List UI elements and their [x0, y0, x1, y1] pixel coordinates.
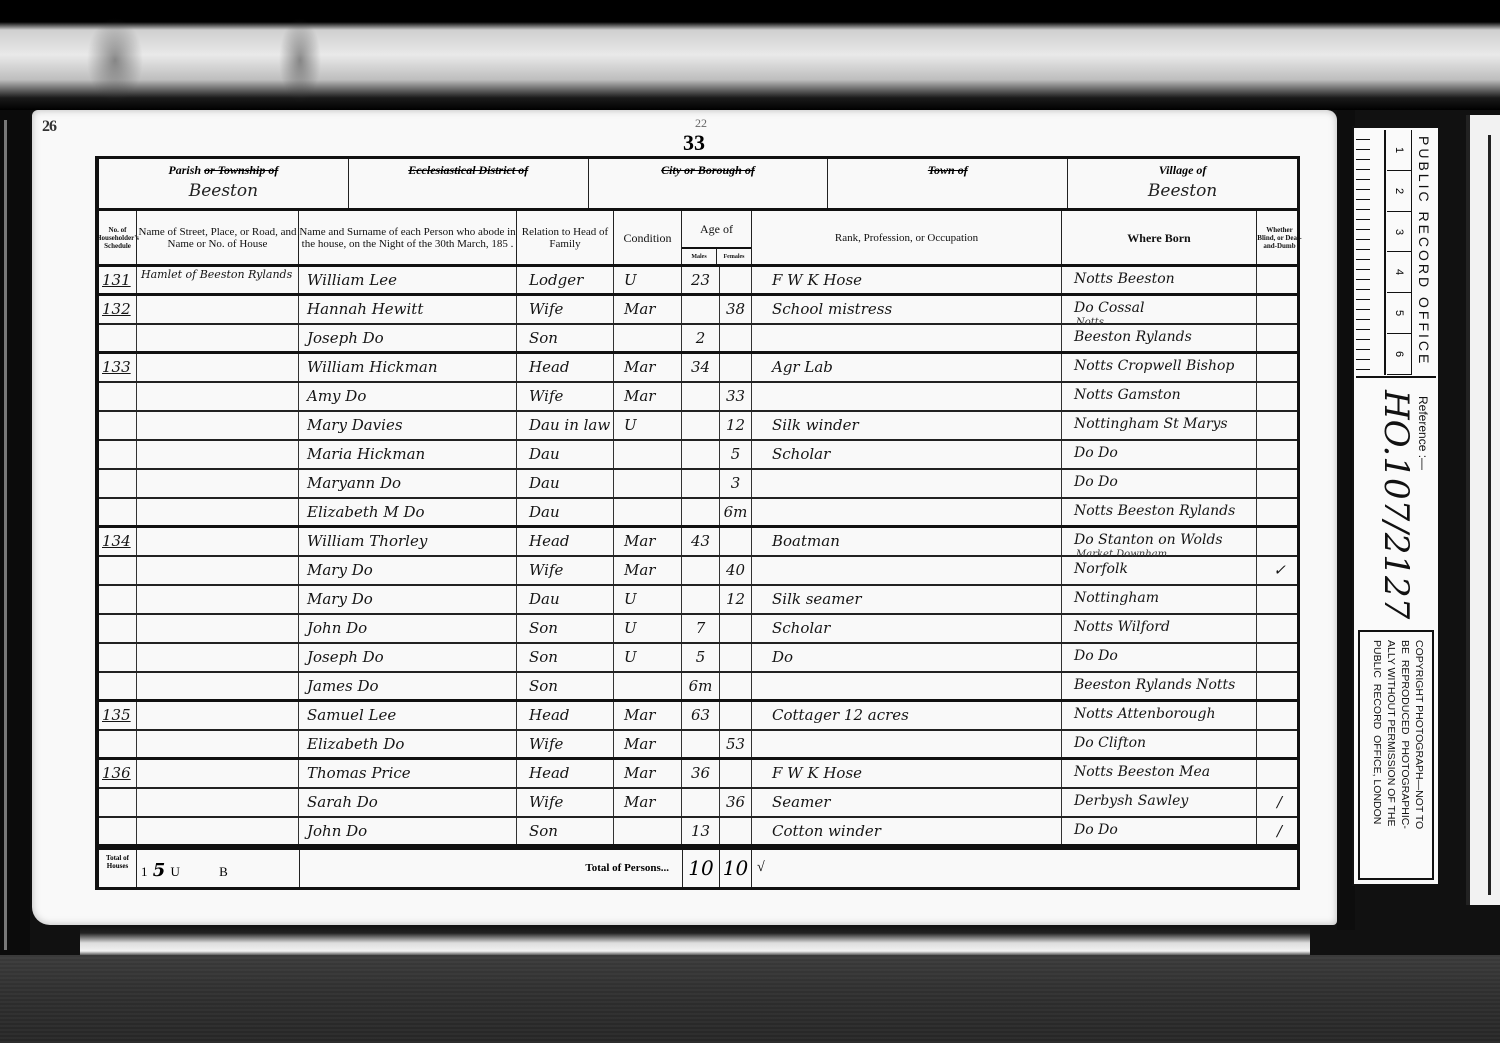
- marital-condition: Mar: [614, 557, 682, 584]
- relation-to-head-text: Wife: [529, 793, 563, 811]
- marital-condition-text: Mar: [624, 735, 655, 753]
- relation-to-head: Head: [517, 354, 614, 381]
- occupation: Do: [752, 644, 1062, 671]
- office-title: PUBLIC RECORD OFFICE: [1416, 136, 1432, 366]
- parish-label: Parish: [168, 163, 201, 177]
- town-cell: Town of: [828, 159, 1068, 208]
- table-row: John DoSonU7ScholarNotts Wilford: [99, 615, 1297, 644]
- person-name: Elizabeth Do: [299, 731, 517, 757]
- reference-label: Reference :—: [1416, 396, 1430, 470]
- birthplace-text: Notts Beeston: [1074, 271, 1175, 287]
- place-header-row: Parish or Township of Beeston Ecclesiast…: [99, 159, 1297, 211]
- birthplace: Notts Beeston Mea: [1062, 760, 1257, 787]
- township-label-struck: or Township of: [204, 163, 278, 177]
- birthplace-text: Notts Beeston Mea: [1074, 764, 1210, 780]
- table-row: Amy DoWifeMar33Notts Gamston: [99, 383, 1297, 412]
- table-row: 133William HickmanHeadMar34Agr LabNotts …: [99, 354, 1297, 383]
- person-name: Joseph Do: [299, 325, 517, 351]
- parish-value: Beeston: [99, 181, 348, 201]
- street-address: [137, 673, 299, 699]
- age-male-text: 23: [691, 271, 710, 289]
- birthplace-annotation: Notts: [1076, 317, 1104, 328]
- houses-inhabited: 5: [153, 860, 167, 881]
- street-address: [137, 644, 299, 671]
- total-males: 10: [682, 850, 720, 887]
- occupation-text: Seamer: [772, 793, 830, 811]
- marital-condition-text: U: [624, 416, 637, 434]
- age-female: 3: [720, 470, 752, 497]
- street-address: [137, 760, 299, 787]
- schedule-number: [99, 673, 137, 699]
- occupation-text: F W K Hose: [772, 271, 862, 289]
- street-address: [137, 528, 299, 555]
- birthplace: Notts Gamston: [1062, 383, 1257, 410]
- age-female: 38: [720, 296, 752, 323]
- page-shadow: [80, 925, 1310, 957]
- occupation: Agr Lab: [752, 354, 1062, 381]
- blind-deaf-mark: [1257, 412, 1302, 439]
- background-bottom: [0, 955, 1500, 1043]
- person-name-text: Hannah Hewitt: [307, 300, 423, 318]
- relation-to-head-text: Son: [529, 619, 558, 637]
- relation-to-head-text: Dau: [529, 503, 560, 521]
- census-form: Parish or Township of Beeston Ecclesiast…: [95, 156, 1300, 890]
- birthplace-text: Do Stanton on Wolds: [1074, 532, 1223, 548]
- birthplace-text: Do Do: [1074, 474, 1118, 490]
- city-borough-cell: City or Borough of: [589, 159, 829, 208]
- street-address: [137, 441, 299, 468]
- blind-deaf-mark: [1257, 354, 1302, 381]
- relation-to-head-text: Wife: [529, 387, 563, 405]
- schedule-number: 135: [99, 702, 137, 729]
- age-male-text: 34: [691, 358, 710, 376]
- schedule-number-text: 134: [102, 532, 131, 550]
- page-number-faint: 22: [695, 116, 707, 131]
- age-male: 36: [682, 760, 720, 787]
- schedule-number-text: 133: [102, 358, 131, 376]
- birthplace-text: Norfolk: [1074, 561, 1128, 577]
- occupation: Cottager 12 acres: [752, 702, 1062, 729]
- person-name-text: James Do: [307, 677, 379, 695]
- col-age-label: Age of: [682, 211, 751, 249]
- marital-condition-text: Mar: [624, 358, 655, 376]
- schedule-number: [99, 615, 137, 642]
- person-name-text: Sarah Do: [307, 793, 378, 811]
- street-address: [137, 354, 299, 381]
- blind-deaf-mark: [1257, 586, 1302, 613]
- previous-page-edge: [0, 110, 30, 960]
- person-name: Sarah Do: [299, 789, 517, 816]
- marital-condition-text: Mar: [624, 532, 655, 550]
- copyright-text: COPYRIGHT PHOTOGRAPH—NOT TO BE REPRODUCE…: [1370, 640, 1426, 829]
- relation-to-head-text: Dau: [529, 474, 560, 492]
- page-number: 33: [683, 130, 705, 156]
- person-name: Hannah Hewitt: [299, 296, 517, 323]
- marital-condition: [614, 499, 682, 525]
- person-name-text: Joseph Do: [307, 329, 384, 347]
- birthplace: Do Do: [1062, 441, 1257, 468]
- person-name-text: Maryann Do: [307, 474, 401, 492]
- age-male-text: 2: [696, 329, 706, 347]
- street-address: [137, 789, 299, 816]
- schedule-number-text: 132: [102, 300, 131, 318]
- occupation-text: Scholar: [772, 619, 830, 637]
- birthplace-text: Notts Attenborough: [1074, 706, 1216, 722]
- houses-uninhabited-label: U: [171, 864, 181, 879]
- person-name: Elizabeth M Do: [299, 499, 517, 525]
- marital-condition-text: Mar: [624, 764, 655, 782]
- background-top: [0, 0, 1500, 110]
- houses-prefix: 1: [141, 864, 149, 879]
- person-name-text: John Do: [307, 822, 367, 840]
- age-male: [682, 412, 720, 439]
- age-female-text: 6m: [724, 503, 748, 521]
- birthplace: Do Do: [1062, 470, 1257, 497]
- age-female: [720, 644, 752, 671]
- age-female: 33: [720, 383, 752, 410]
- person-name-text: Samuel Lee: [307, 706, 396, 724]
- marital-condition-text: U: [624, 590, 637, 608]
- age-female: [720, 325, 752, 351]
- birthplace: Notts Beeston Rylands: [1062, 499, 1257, 525]
- age-male: [682, 586, 720, 613]
- relation-to-head: Dau: [517, 470, 614, 497]
- age-female: 36: [720, 789, 752, 816]
- birthplace-annotation: Market Downham: [1076, 549, 1167, 560]
- person-name-text: William Lee: [307, 271, 397, 289]
- street-address: [137, 470, 299, 497]
- schedule-number: [99, 383, 137, 410]
- blind-deaf-mark: [1257, 383, 1302, 410]
- folio-mark: 26: [42, 118, 56, 136]
- relation-to-head: Son: [517, 818, 614, 844]
- schedule-number: [99, 499, 137, 525]
- occupation-text: Silk winder: [772, 416, 859, 434]
- col-schedule: No. of Householder's Schedule: [99, 211, 137, 264]
- col-name: Name and Surname of each Person who abod…: [299, 211, 517, 264]
- birthplace-text: Nottingham St Marys: [1074, 416, 1228, 432]
- relation-to-head: Dau in law: [517, 412, 614, 439]
- village-value: Beeston: [1068, 181, 1297, 201]
- person-name-text: Elizabeth M Do: [307, 503, 425, 521]
- relation-to-head: Head: [517, 760, 614, 787]
- age-male-text: 6m: [689, 677, 713, 695]
- blind-deaf-mark: ✓: [1257, 557, 1302, 584]
- age-female-text: 5: [731, 445, 741, 463]
- col-street: Name of Street, Place, or Road, and Name…: [137, 211, 299, 264]
- table-row: Mary DaviesDau in lawU12Silk winderNotti…: [99, 412, 1297, 441]
- relation-to-head: Head: [517, 528, 614, 555]
- marital-condition: Mar: [614, 296, 682, 323]
- birthplace: Beeston Rylands Notts: [1062, 673, 1257, 699]
- village-cell: Village of Beeston: [1068, 159, 1297, 208]
- table-row: Maryann DoDau3Do Do: [99, 470, 1297, 499]
- scale-numbers: 123456: [1387, 130, 1412, 375]
- marital-condition: Mar: [614, 760, 682, 787]
- table-row: Joseph DoSon2Beeston RylandsNotts: [99, 325, 1297, 354]
- ecclesiastical-district-label: Ecclesiastical District of: [349, 163, 588, 178]
- marital-condition: U: [614, 267, 682, 293]
- table-row: 136Thomas PriceHeadMar36F W K HoseNotts …: [99, 760, 1297, 789]
- age-male-text: 7: [696, 619, 706, 637]
- birthplace: Notts Wilford: [1062, 615, 1257, 642]
- age-male-text: 43: [691, 532, 710, 550]
- person-name: James Do: [299, 673, 517, 699]
- blind-deaf-mark-text: ✓: [1273, 561, 1286, 579]
- occupation: [752, 557, 1062, 584]
- street-address-text: Hamlet of Beeston Rylands: [141, 268, 292, 281]
- occupation-text: Cottager 12 acres: [772, 706, 909, 724]
- relation-to-head-text: Head: [529, 358, 570, 376]
- birthplace-text: Notts Cropwell Bishop: [1074, 358, 1234, 374]
- occupation: F W K Hose: [752, 760, 1062, 787]
- age-female-text: 12: [726, 590, 745, 608]
- street-address: [137, 702, 299, 729]
- person-name-text: John Do: [307, 619, 367, 637]
- age-male-text: 13: [691, 822, 710, 840]
- table-row: Joseph DoSonU5DoDo Do: [99, 644, 1297, 673]
- age-female-text: 36: [726, 793, 745, 811]
- age-female: 5: [720, 441, 752, 468]
- marital-condition: Mar: [614, 789, 682, 816]
- occupation: Silk winder: [752, 412, 1062, 439]
- occupation-text: Boatman: [772, 532, 840, 550]
- blind-deaf-mark: [1257, 644, 1302, 671]
- copyright-notice: COPYRIGHT PHOTOGRAPH—NOT TO BE REPRODUCE…: [1358, 630, 1434, 880]
- birthplace: Notts Cropwell Bishop: [1062, 354, 1257, 381]
- birthplace: Notts Attenborough: [1062, 702, 1257, 729]
- birthplace-text: Do Do: [1074, 822, 1118, 838]
- occupation-text: F W K Hose: [772, 764, 862, 782]
- schedule-number: [99, 441, 137, 468]
- street-address: [137, 383, 299, 410]
- marital-condition-text: U: [624, 271, 637, 289]
- birthplace: Do Clifton: [1062, 731, 1257, 757]
- occupation: [752, 731, 1062, 757]
- blind-deaf-mark: [1257, 441, 1302, 468]
- marital-condition: U: [614, 412, 682, 439]
- table-row: Mary DoDauU12Silk seamerNottingham: [99, 586, 1297, 615]
- relation-to-head-text: Wife: [529, 561, 563, 579]
- ecclesiastical-district-cell: Ecclesiastical District of: [349, 159, 589, 208]
- relation-to-head: Son: [517, 615, 614, 642]
- scale-number: 2: [1387, 171, 1411, 212]
- table-row: James DoSon6mBeeston Rylands Notts: [99, 673, 1297, 702]
- street-address: [137, 296, 299, 323]
- marital-condition: [614, 673, 682, 699]
- age-male: 23: [682, 267, 720, 293]
- schedule-number: 133: [99, 354, 137, 381]
- age-female: 53: [720, 731, 752, 757]
- occupation: School mistress: [752, 296, 1062, 323]
- blind-deaf-mark: [1257, 267, 1302, 293]
- person-name-text: William Hickman: [307, 358, 437, 376]
- schedule-number: [99, 557, 137, 584]
- relation-to-head-text: Wife: [529, 735, 563, 753]
- schedule-number: 136: [99, 760, 137, 787]
- scale-number: 1: [1387, 130, 1411, 171]
- relation-to-head: Dau: [517, 499, 614, 525]
- age-female: [720, 354, 752, 381]
- table-row: John DoSon13Cotton winderDo Do/: [99, 818, 1297, 847]
- relation-to-head: Lodger: [517, 267, 614, 293]
- age-male: 7: [682, 615, 720, 642]
- occupation-text: Scholar: [772, 445, 830, 463]
- schedule-number: [99, 586, 137, 613]
- blind-deaf-mark: /: [1257, 818, 1302, 844]
- blind-deaf-mark: [1257, 470, 1302, 497]
- birthplace-text: Do Do: [1074, 445, 1118, 461]
- age-male: 5: [682, 644, 720, 671]
- age-male-text: 36: [691, 764, 710, 782]
- occupation: Silk seamer: [752, 586, 1062, 613]
- table-row: 135Samuel LeeHeadMar63Cottager 12 acresN…: [99, 702, 1297, 731]
- birthplace: Do Do: [1062, 818, 1257, 844]
- town-label: Town of: [828, 163, 1067, 178]
- relation-to-head: Wife: [517, 731, 614, 757]
- table-row: Sarah DoWifeMar36SeamerDerbysh Sawley/: [99, 789, 1297, 818]
- age-female: [720, 615, 752, 642]
- age-female: 12: [720, 586, 752, 613]
- schedule-number-text: 135: [102, 706, 131, 724]
- marital-condition: U: [614, 615, 682, 642]
- street-address: [137, 731, 299, 757]
- table-row: Elizabeth M DoDau6mNotts Beeston Rylands: [99, 499, 1297, 528]
- schedule-number: 134: [99, 528, 137, 555]
- occupation: [752, 470, 1062, 497]
- reference-value: HO.107/2127: [1376, 390, 1416, 619]
- total-persons-label: Total of Persons...: [539, 862, 669, 874]
- relation-to-head-text: Wife: [529, 300, 563, 318]
- schedule-number-text: 131: [102, 271, 131, 289]
- age-female: 6m: [720, 499, 752, 525]
- marital-condition: [614, 441, 682, 468]
- age-male: 6m: [682, 673, 720, 699]
- scale-number: 4: [1387, 252, 1411, 293]
- blind-deaf-mark-text: /: [1277, 822, 1282, 840]
- age-female: 40: [720, 557, 752, 584]
- age-male: 34: [682, 354, 720, 381]
- age-male: [682, 441, 720, 468]
- age-female: 12: [720, 412, 752, 439]
- age-male: [682, 731, 720, 757]
- total-houses-label: Total of Houses: [99, 850, 137, 887]
- col-blind-deaf: Whether Blind, or Deaf-and-Dumb: [1257, 211, 1302, 264]
- age-male: [682, 470, 720, 497]
- person-name: Thomas Price: [299, 760, 517, 787]
- relation-to-head-text: Son: [529, 822, 558, 840]
- blind-deaf-mark: [1257, 325, 1302, 351]
- relation-to-head-text: Dau: [529, 590, 560, 608]
- birthplace-text: Notts Gamston: [1074, 387, 1181, 403]
- relation-to-head: Wife: [517, 789, 614, 816]
- relation-to-head-text: Son: [529, 648, 558, 666]
- occupation: Scholar: [752, 615, 1062, 642]
- relation-to-head: Dau: [517, 586, 614, 613]
- street-address: [137, 499, 299, 525]
- person-name: Amy Do: [299, 383, 517, 410]
- city-borough-label: City or Borough of: [589, 163, 828, 178]
- marital-condition-text: U: [624, 648, 637, 666]
- street-address: [137, 586, 299, 613]
- schedule-number: 131: [99, 267, 137, 293]
- occupation-text: School mistress: [772, 300, 892, 318]
- marital-condition: U: [614, 586, 682, 613]
- relation-to-head: Son: [517, 325, 614, 351]
- column-header-row: No. of Householder's Schedule Name of St…: [99, 211, 1297, 267]
- col-where-born: Where Born: [1062, 211, 1257, 264]
- person-name-text: Thomas Price: [307, 764, 411, 782]
- age-male: [682, 499, 720, 525]
- age-female-text: 40: [726, 561, 745, 579]
- age-female-text: 53: [726, 735, 745, 753]
- street-address: [137, 818, 299, 844]
- street-address: [137, 325, 299, 351]
- marital-condition: Mar: [614, 528, 682, 555]
- age-male: [682, 557, 720, 584]
- birthplace-text: Beeston Rylands Notts: [1074, 677, 1235, 693]
- marital-condition: Mar: [614, 702, 682, 729]
- birthplace-text: Nottingham: [1074, 590, 1159, 606]
- blind-deaf-mark: [1257, 615, 1302, 642]
- marital-condition-text: Mar: [624, 561, 655, 579]
- check-mark-icon: √: [757, 860, 765, 876]
- age-male-text: 5: [696, 648, 706, 666]
- birthplace: Nottingham: [1062, 586, 1257, 613]
- blind-deaf-mark: [1257, 499, 1302, 525]
- relation-to-head-text: Head: [529, 532, 570, 550]
- occupation-text: Do: [772, 648, 793, 666]
- occupation: F W K Hose: [752, 267, 1062, 293]
- age-female: [720, 760, 752, 787]
- schedule-number-text: 136: [102, 764, 131, 782]
- table-row: Elizabeth DoWifeMar53Do Clifton: [99, 731, 1297, 760]
- age-female-text: 38: [726, 300, 745, 318]
- birthplace-text: Derbysh Sawley: [1074, 793, 1188, 809]
- schedule-number: [99, 731, 137, 757]
- person-name-text: Mary Do: [307, 561, 373, 579]
- person-name-text: William Thorley: [307, 532, 427, 550]
- age-male-text: 63: [691, 706, 710, 724]
- person-name: William Thorley: [299, 528, 517, 555]
- marital-condition: [614, 325, 682, 351]
- marital-condition: [614, 470, 682, 497]
- schedule-number: [99, 644, 137, 671]
- occupation: [752, 673, 1062, 699]
- schedule-number: 132: [99, 296, 137, 323]
- total-houses: 1 5 U B: [141, 860, 229, 881]
- occupation: Seamer: [752, 789, 1062, 816]
- birthplace: Beeston RylandsNotts: [1062, 325, 1257, 351]
- person-name: Maria Hickman: [299, 441, 517, 468]
- person-name: Maryann Do: [299, 470, 517, 497]
- street-address: [137, 557, 299, 584]
- col-relation: Relation to Head of Family: [517, 211, 614, 264]
- age-male: 43: [682, 528, 720, 555]
- age-female-text: 12: [726, 416, 745, 434]
- village-label: Village of: [1068, 163, 1297, 178]
- marital-condition-text: Mar: [624, 706, 655, 724]
- table-row: 132Hannah HewittWifeMar38School mistress…: [99, 296, 1297, 325]
- marital-condition: [614, 818, 682, 844]
- relation-to-head-text: Head: [529, 706, 570, 724]
- person-name-text: Joseph Do: [307, 648, 384, 666]
- blind-deaf-mark: [1257, 528, 1302, 555]
- relation-to-head: Dau: [517, 441, 614, 468]
- age-male: 2: [682, 325, 720, 351]
- blind-deaf-mark: /: [1257, 789, 1302, 816]
- table-row: Mary DoWifeMar40NorfolkMarket Downham✓: [99, 557, 1297, 586]
